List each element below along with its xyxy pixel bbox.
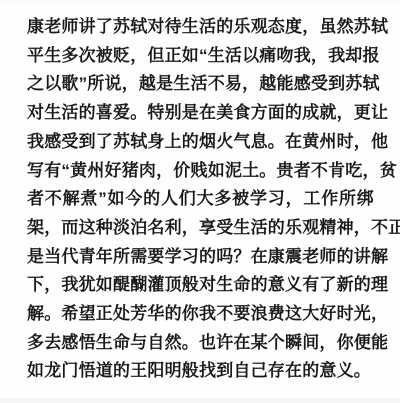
text-line: 者不解煮”如今的人们大多被学习，工作所绑 <box>27 185 374 214</box>
text-line: 平生多次被贬，但正如“生活以痛吻我，我却报 <box>27 42 374 71</box>
document-page: 康老师讲了苏轼对待生活的乐观态度，虽然苏轼 平生多次被贬，但正如“生活以痛吻我，… <box>0 0 400 403</box>
text-line: 之以歌”所说，越是生活不易，越能感受到苏轼 <box>27 70 374 99</box>
text-line: 我感受到了苏轼身上的烟火气息。在黄州时，他 <box>27 128 374 157</box>
text-line: 是当代青年所需要学习的吗？在康震老师的讲解 <box>27 243 374 272</box>
text-line: 架，而这种淡泊名利，享受生活的乐观精神，不正 <box>27 214 374 243</box>
text-line: 康老师讲了苏轼对待生活的乐观态度，虽然苏轼 <box>27 13 374 42</box>
essay-text-block: 康老师讲了苏轼对待生活的乐观态度，虽然苏轼 平生多次被贬，但正如“生活以痛吻我，… <box>27 13 374 386</box>
bottom-edge-strip <box>0 398 400 403</box>
text-line: 多去感悟生命与自然。也许在某个瞬间，你便能 <box>27 329 374 358</box>
text-line: 下，我犹如醍醐灌顶般对生命的意义有了新的理 <box>27 271 374 300</box>
text-line: 写有“黄州好猪肉，价贱如泥土。贵者不肯吃，贫 <box>27 157 374 186</box>
text-line: 解。希望正处芳华的你我不要浪费这大好时光， <box>27 300 374 329</box>
text-line: 如龙门悟道的王阳明般找到自己存在的意义。 <box>27 357 374 386</box>
text-line: 对生活的喜爱。特别是在美食方面的成就，更让 <box>27 99 374 128</box>
top-edge-strip <box>0 0 400 3</box>
